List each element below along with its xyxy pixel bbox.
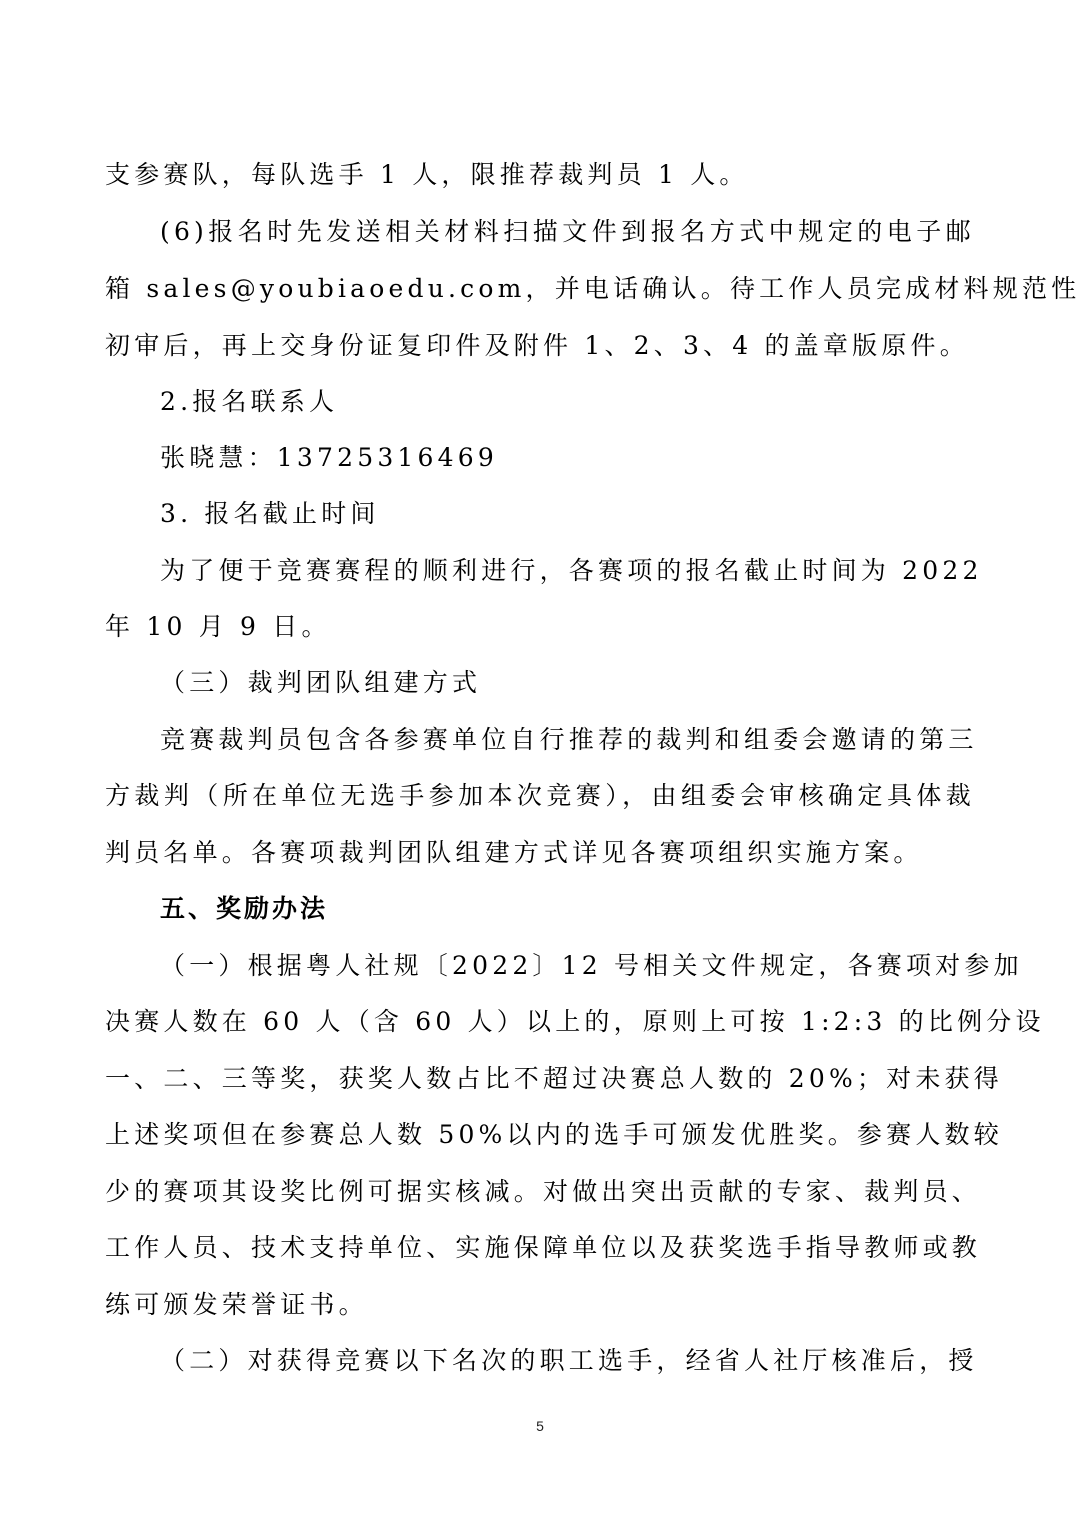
paragraph-line-deadline: 为了便于竞赛赛程的顺利进行，各赛项的报名截止时间为 2022: [160, 551, 975, 591]
paragraph-line-referee-1: 竞赛裁判员包含各参赛单位自行推荐的裁判和组委会邀请的第三: [160, 720, 975, 760]
paragraph-line-item-6: (6)报名时先发送相关材料扫描文件到报名方式中规定的电子邮: [160, 212, 975, 252]
subheading-contact: 2.报名联系人: [160, 382, 975, 422]
paragraph-line-team-limit: 支参赛队，每队选手 1 人，限推荐裁判员 1 人。: [105, 155, 975, 195]
section-heading-rewards: 五、奖励办法: [160, 889, 975, 929]
paragraph-line-originals: 初审后，再上交身份证复印件及附件 1、2、3、4 的盖章版原件。: [105, 326, 975, 366]
paragraph-line-rewards-3: 一、二、三等奖，获奖人数占比不超过决赛总人数的 20%；对未获得: [105, 1059, 975, 1099]
document-page: 支参赛队，每队选手 1 人，限推荐裁判员 1 人。 (6)报名时先发送相关材料扫…: [0, 0, 1080, 1527]
contact-person: 张晓慧：13725316469: [160, 438, 975, 478]
paragraph-line-rewards-4: 上述奖项但在参赛总人数 50%以内的选手可颁发优胜奖。参赛人数较: [105, 1115, 975, 1155]
paragraph-line-rewards-2: 决赛人数在 60 人（含 60 人）以上的，原则上可按 1:2:3 的比例分设: [105, 1002, 975, 1042]
subheading-referee-team: （三）裁判团队组建方式: [160, 663, 975, 703]
paragraph-line-rewards-5: 少的赛项其设奖比例可据实核减。对做出突出贡献的专家、裁判员、: [105, 1172, 975, 1212]
paragraph-line-referee-3: 判员名单。各赛项裁判团队组建方式详见各赛项组织实施方案。: [105, 833, 975, 873]
paragraph-line-rewards-second: （二）对获得竞赛以下名次的职工选手，经省人社厅核准后，授: [160, 1341, 975, 1381]
paragraph-line-rewards-1: （一）根据粤人社规〔2022〕12 号相关文件规定，各赛项对参加: [160, 946, 975, 986]
paragraph-line-rewards-6: 工作人员、技术支持单位、实施保障单位以及获奖选手指导教师或教: [105, 1228, 975, 1268]
paragraph-line-email: 箱 sales@youbiaoedu.com，并电话确认。待工作人员完成材料规范…: [105, 269, 975, 309]
paragraph-line-referee-2: 方裁判（所在单位无选手参加本次竞赛），由组委会审核确定具体裁: [105, 776, 975, 816]
paragraph-line-deadline-date: 年 10 月 9 日。: [105, 607, 975, 647]
paragraph-line-rewards-7: 练可颁发荣誉证书。: [105, 1285, 975, 1325]
subheading-deadline: 3. 报名截止时间: [160, 494, 975, 534]
page-number: 5: [0, 1418, 1080, 1434]
